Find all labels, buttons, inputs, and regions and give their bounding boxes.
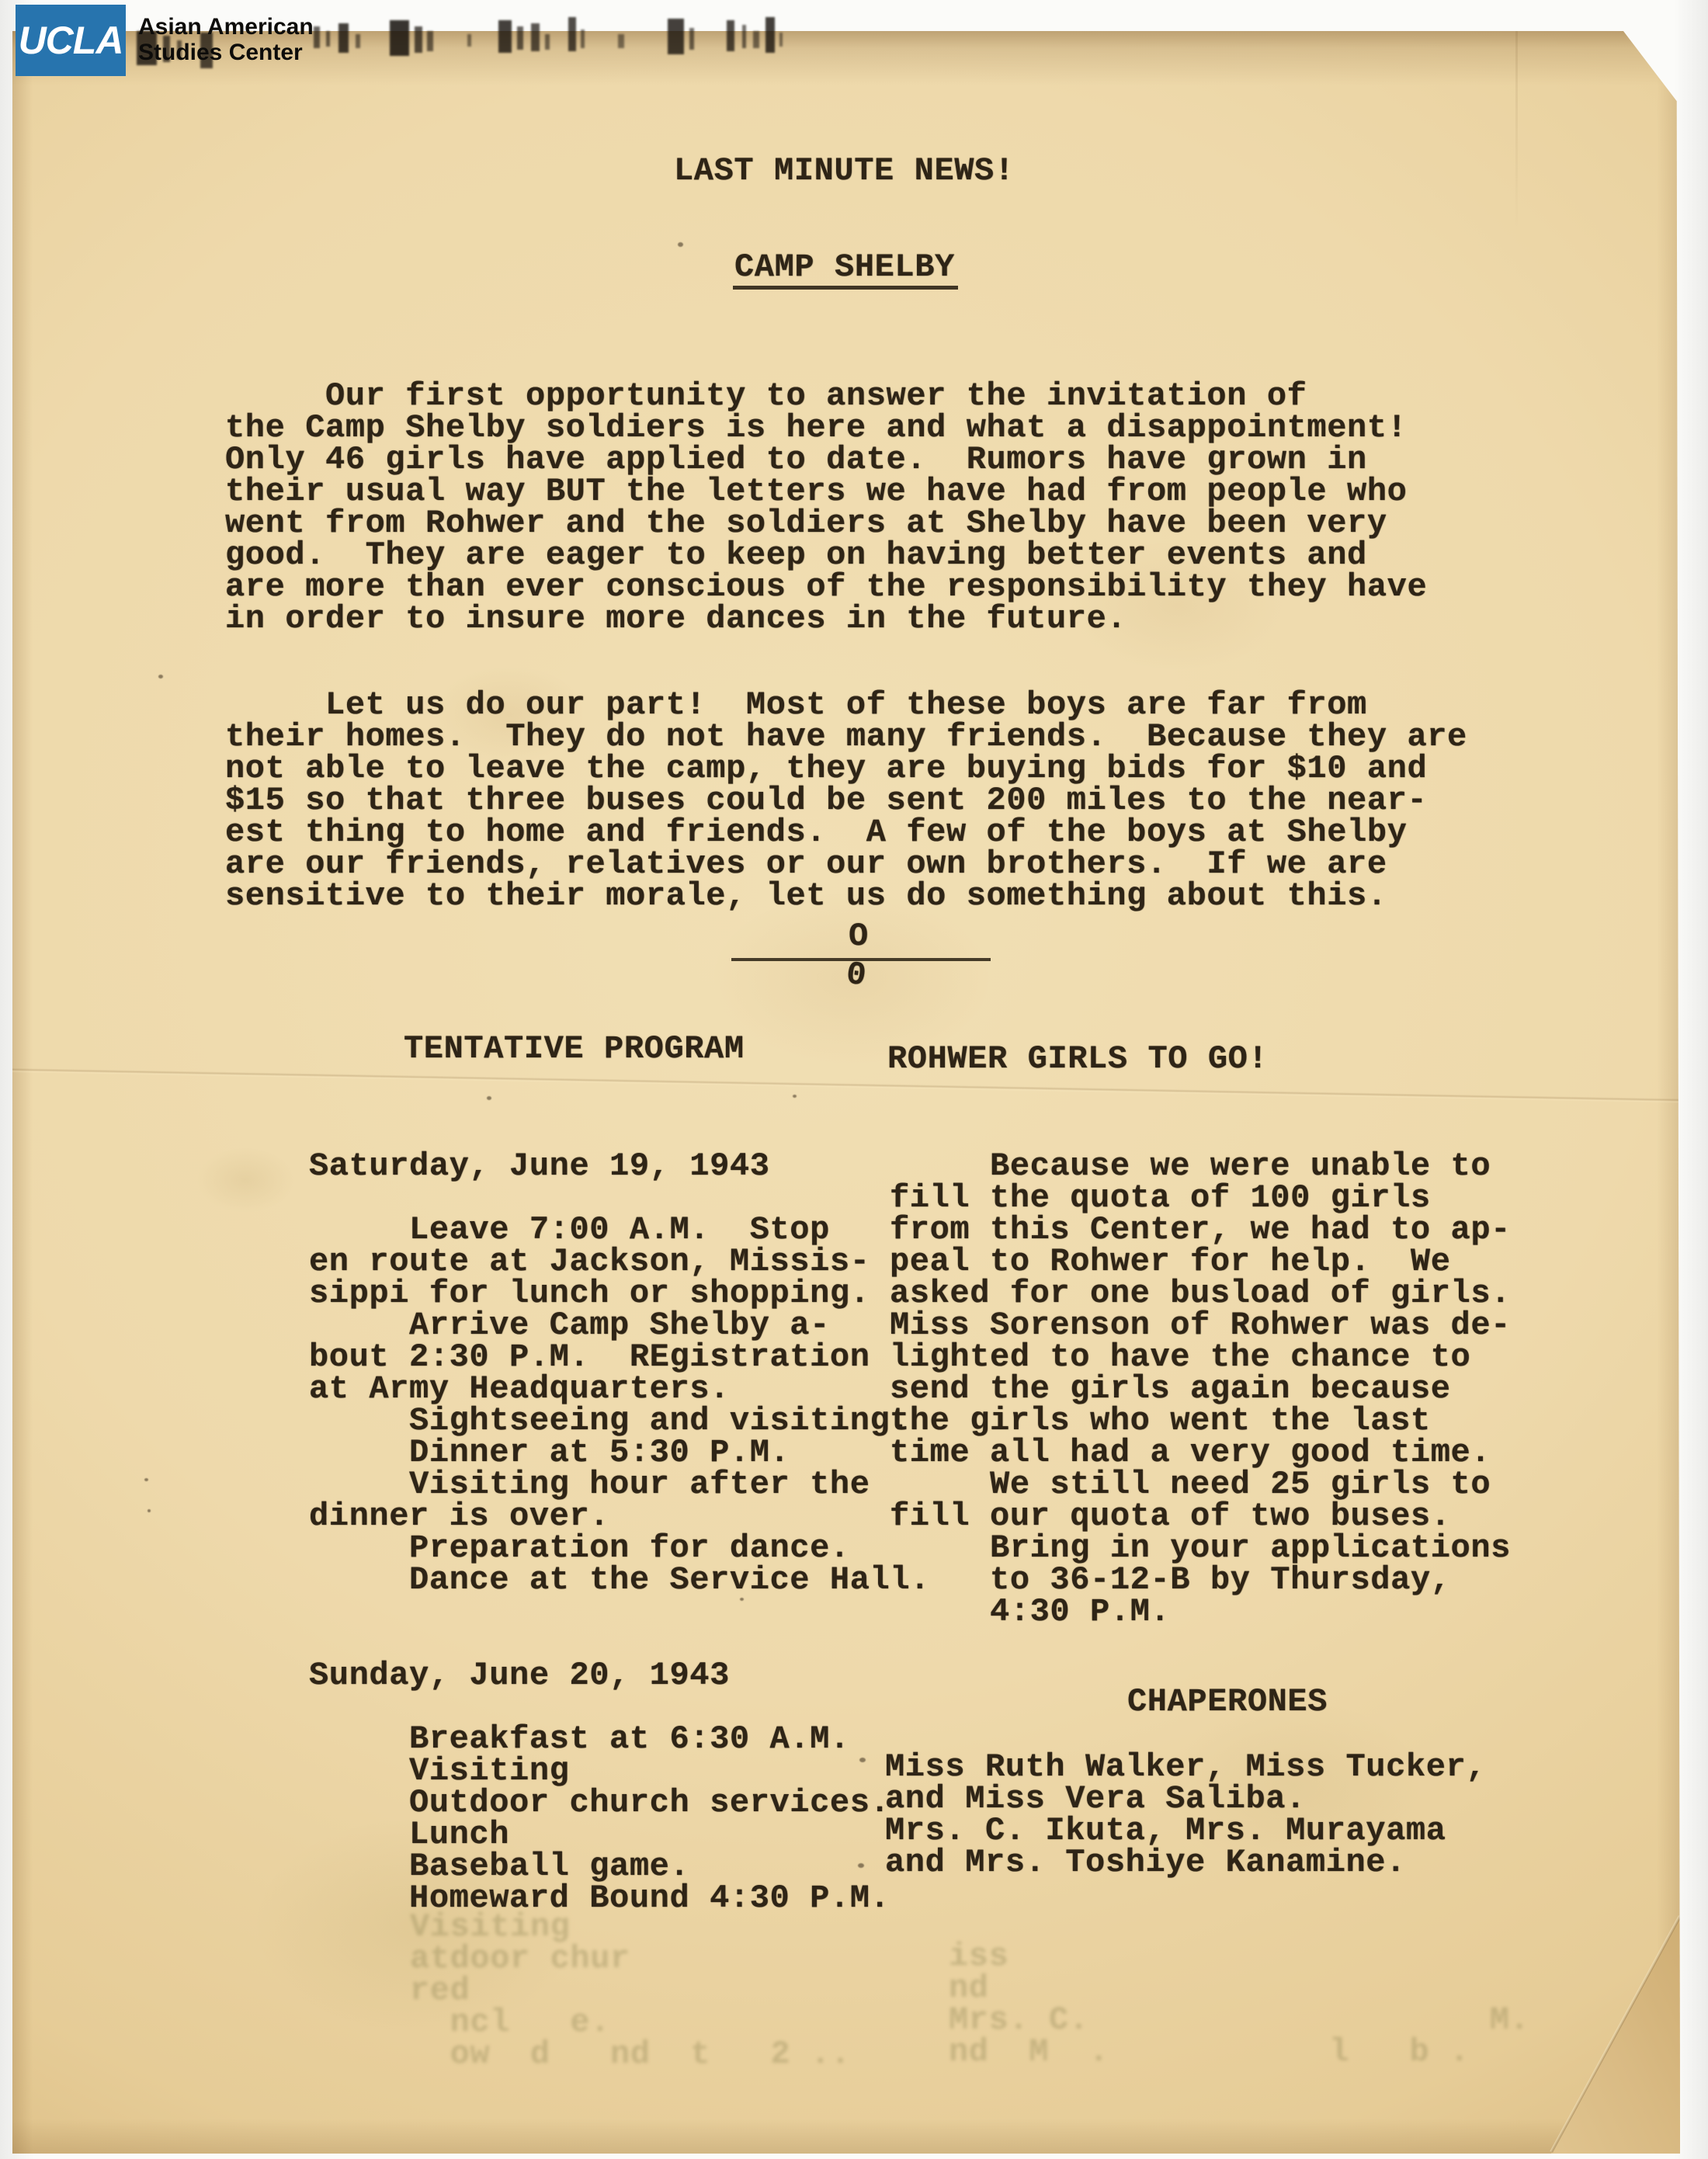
ucla-logo-text: UCLA: [19, 18, 123, 63]
scan-background: { "branding": { "logo": "UCLA", "org_lin…: [0, 0, 1708, 2159]
horizontal-crease: [0, 1067, 1708, 1104]
ink-speck: [487, 1096, 491, 1100]
page-title: LAST MINUTE NEWS!: [674, 155, 1015, 187]
ink-speck: [148, 1509, 151, 1512]
program-heading: TENTATIVE PROGRAM: [404, 1033, 745, 1065]
ghost-bleedthrough-left: Visiting atdoor chur red ncl e. ow d nd …: [410, 1911, 851, 2070]
ink-speck: [793, 1095, 797, 1098]
program-column: Saturday, June 19, 1943 Leave 7:00 A.M. …: [309, 1151, 930, 1914]
ink-speck: [859, 1758, 866, 1762]
ink-speck: [740, 1598, 744, 1601]
org-name: Asian American Studies Center: [138, 14, 314, 65]
vertical-crease: [1515, 31, 1518, 233]
ink-speck: [158, 675, 163, 679]
org-name-line1: Asian American: [138, 14, 314, 40]
subtitle-underline: [733, 286, 958, 290]
chaperones-heading: CHAPERONES: [1127, 1686, 1328, 1718]
ghost-bleedthrough-right: iss nd Mrs. C. M. nd M . l b .: [949, 1941, 1529, 2068]
ink-speck: [858, 1863, 864, 1868]
paragraph-2: Let us do our part! Most of these boys a…: [225, 689, 1467, 912]
divider-top-glyph: O: [849, 921, 869, 953]
divider-bottom-glyph: 0: [845, 959, 869, 993]
rohwer-column: Because we were unable to fill the quota…: [890, 1151, 1511, 1628]
rohwer-heading: ROHWER GIRLS TO GO!: [887, 1043, 1268, 1075]
ucla-logo: UCLA: [16, 5, 126, 76]
org-name-line2: Studies Center: [138, 40, 314, 65]
ink-speck: [144, 1478, 148, 1481]
paragraph-1: Our first opportunity to answer the invi…: [225, 380, 1427, 635]
ink-speck: [678, 242, 683, 247]
chaperones-list: Miss Ruth Walker, Miss Tucker, and Miss …: [885, 1751, 1486, 1879]
page-subtitle: CAMP SHELBY: [734, 252, 955, 283]
